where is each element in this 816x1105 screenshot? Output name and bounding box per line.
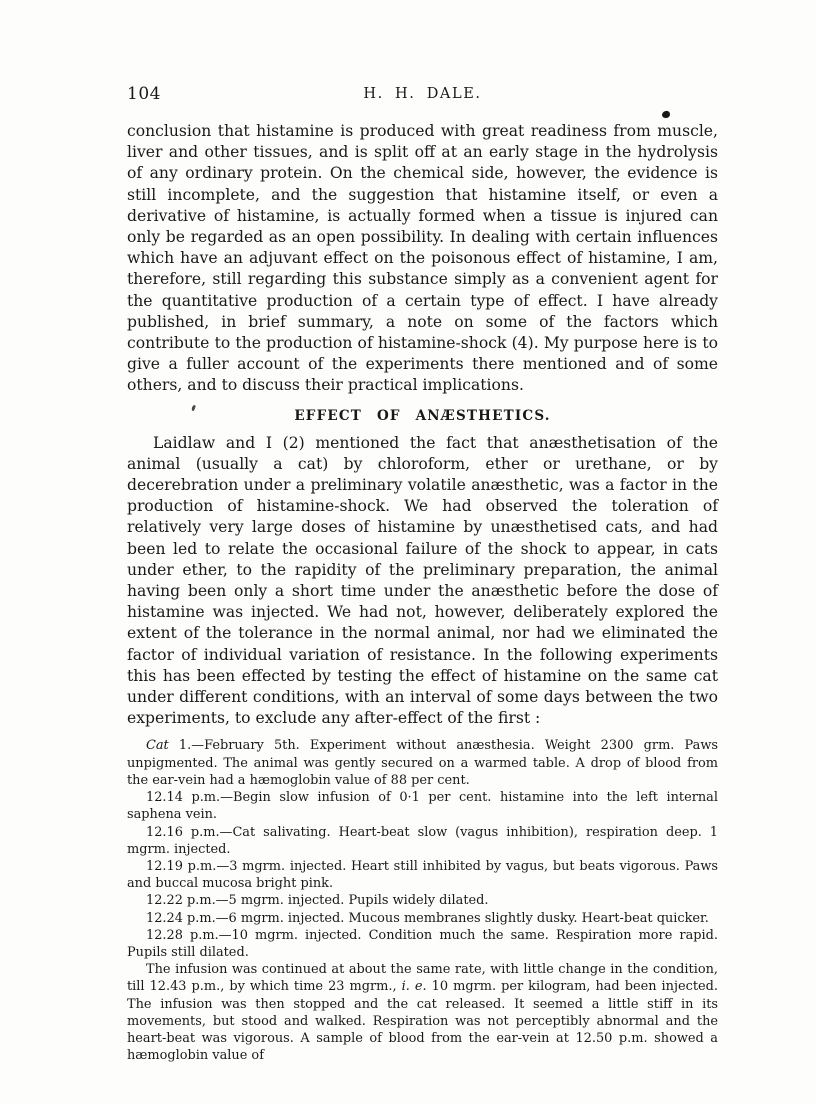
log-entry-text: 1.—February 5th. Experiment without anæs… — [127, 738, 718, 787]
log-entry-text: 12.19 p.m.—3 mgrm. injected. Heart still… — [127, 859, 718, 891]
log-entry-text: 12.16 p.m.—Cat salivating. Heart-beat sl… — [127, 825, 718, 857]
experiment-log-entry: Cat 1.—February 5th. Experiment without … — [127, 737, 718, 789]
log-entry-italic-text: i. e. — [402, 979, 427, 994]
page-body: 104 H. H. DALE. conclusion that histamin… — [127, 84, 718, 1064]
page-header: 104 H. H. DALE. — [127, 84, 718, 106]
experiment-log-entry: 12.28 p.m.—10 mgrm. injected. Condition … — [127, 927, 718, 961]
log-entry-text: 12.24 p.m.—6 mgrm. injected. Mucous memb… — [146, 911, 709, 926]
log-entry-text: 12.28 p.m.—10 mgrm. injected. Condition … — [127, 928, 718, 960]
experiment-log: Cat 1.—February 5th. Experiment without … — [127, 737, 718, 1064]
experiment-log-entry: 12.22 p.m.—5 mgrm. injected. Pupils wide… — [127, 892, 718, 909]
experiment-log-entry: 12.19 p.m.—3 mgrm. injected. Heart still… — [127, 858, 718, 892]
log-entry-italic-text: Cat — [146, 738, 169, 753]
experiment-log-entry: The infusion was continued at about the … — [127, 961, 718, 1064]
experiment-log-entry: 12.16 p.m.—Cat salivating. Heart-beat sl… — [127, 824, 718, 858]
paragraph-intro: conclusion that histamine is produced wi… — [127, 121, 718, 397]
experiment-log-entry: 12.14 p.m.—Begin slow infusion of 0·1 pe… — [127, 789, 718, 823]
experiment-log-entry: 12.24 p.m.—6 mgrm. injected. Mucous memb… — [127, 910, 718, 927]
log-entry-text: 12.14 p.m.—Begin slow infusion of 0·1 pe… — [127, 790, 718, 822]
section-heading: EFFECT OF ANÆSTHETICS. — [127, 408, 718, 424]
scanned-paper-page: 104 H. H. DALE. conclusion that histamin… — [0, 0, 816, 1105]
log-entry-text: 12.22 p.m.—5 mgrm. injected. Pupils wide… — [146, 893, 489, 908]
paragraph-anaesthetics: Laidlaw and I (2) mentioned the fact tha… — [127, 433, 718, 730]
running-head: H. H. DALE. — [127, 86, 718, 102]
